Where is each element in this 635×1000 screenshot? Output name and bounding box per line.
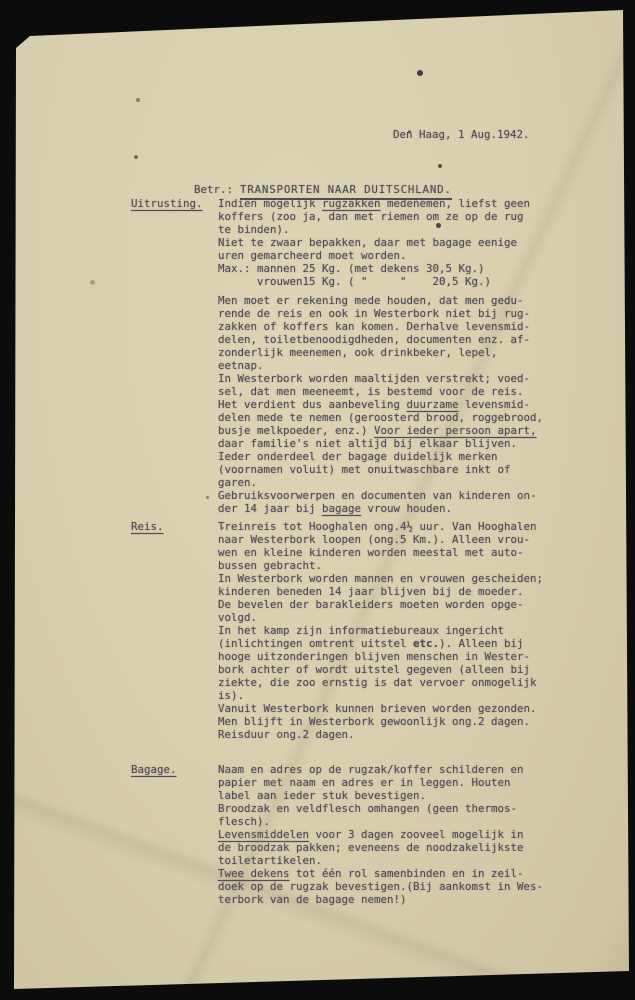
text-line: papier met naam en adres er in leggen. H… bbox=[218, 776, 578, 789]
text-segment: delen, toiletbenoodigdheden, documenten … bbox=[218, 333, 530, 346]
text-segment: De bevelen der barakleiders moeten worde… bbox=[218, 598, 524, 611]
text-line: delen mede te nemen (geroosterd brood, r… bbox=[218, 411, 578, 424]
paragraph: Indien mogelijk rugzakken medenemen, lie… bbox=[218, 197, 578, 288]
text-segment: Niet te zwaar bepakken, daar met bagage … bbox=[218, 236, 517, 249]
section-label: Uitrusting. bbox=[131, 197, 203, 210]
underlined-text: bagage bbox=[322, 502, 361, 515]
paragraph: Treinreis tot Hooghalen ong.4½ uur. Van … bbox=[218, 520, 578, 741]
ink-speck bbox=[222, 527, 224, 529]
section-body: Indien mogelijk rugzakken medenemen, lie… bbox=[218, 197, 578, 515]
text-line: Indien mogelijk rugzakken medenemen, lie… bbox=[218, 197, 578, 210]
text-line: Ieder onderdeel der bagage duidelijk mer… bbox=[218, 450, 578, 463]
text-segment: zakken of koffers kan komen. Derhalve le… bbox=[218, 320, 530, 333]
text-segment: uren gemarcheerd moet worden. bbox=[218, 249, 407, 262]
text-line: delen, toiletbenoodigdheden, documenten … bbox=[218, 333, 578, 346]
text-line: terbork van de bagage nemen!) bbox=[218, 893, 578, 906]
text-line: Naam en adres op de rugzak/koffer schild… bbox=[218, 763, 578, 776]
text-segment: medenemen, liefst geen bbox=[381, 197, 531, 210]
text-line: zakken of koffers kan komen. Derhalve le… bbox=[218, 320, 578, 333]
date-line: Den Haag, 1 Aug.1942. bbox=[393, 128, 530, 141]
text-line: naar Westerbork loopen (ong.5 Km.). Alle… bbox=[218, 533, 578, 546]
text-line: garen. bbox=[218, 476, 578, 489]
ink-speck bbox=[438, 164, 442, 168]
text-line: sel, dat men meeneemt, is bestemd voor d… bbox=[218, 385, 578, 398]
text-segment: kinderen beneden 14 jaar blijven bij de … bbox=[218, 585, 524, 598]
text-segment: de broodzak pakken; eveneens de noodzake… bbox=[218, 841, 524, 854]
photo-background: Den Haag, 1 Aug.1942. Betr.:TRANSPORTEN … bbox=[0, 0, 635, 1000]
text-line: Treinreis tot Hooghalen ong.4½ uur. Van … bbox=[218, 520, 578, 533]
text-line: flesch). bbox=[218, 815, 578, 828]
text-segment: Ieder onderdeel der bagage duidelijk mer… bbox=[218, 450, 498, 463]
text-segment: Men moet er rekening mede houden, dat me… bbox=[218, 294, 524, 307]
text-line: busje melkpoeder, enz.) Voor ieder perso… bbox=[218, 424, 578, 437]
text-segment: doek op de rugzak bevestigen.(Bij aankom… bbox=[218, 880, 543, 893]
text-segment: (voornamen voluit) met onuitwaschbare in… bbox=[218, 463, 511, 476]
text-segment: toiletartikelen. bbox=[218, 854, 322, 867]
text-segment: Treinreis tot Hooghalen ong.4½ uur. Van … bbox=[218, 520, 537, 533]
text-segment: sel, dat men meeneemt, is bestemd voor d… bbox=[218, 385, 524, 398]
bold-text: etc. bbox=[413, 637, 439, 650]
text-segment: tot één rol samenbinden en in zeil- bbox=[290, 867, 524, 880]
text-line: bussen gebracht. bbox=[218, 559, 578, 572]
text-line: Het verdient dus aanbeveling duurzame le… bbox=[218, 398, 578, 411]
text-segment: te binden). bbox=[218, 223, 290, 236]
text-line: In Westerbork worden maaltijden verstrek… bbox=[218, 372, 578, 385]
text-segment: volgd. bbox=[218, 611, 257, 624]
text-line: Levensmiddelen voor 3 dagen zooveel moge… bbox=[218, 828, 578, 841]
text-line: Niet te zwaar bepakken, daar met bagage … bbox=[218, 236, 578, 249]
text-line: der 14 jaar bij bagage vrouw houden. bbox=[218, 502, 578, 515]
text-line: In het kamp zijn informatiebureaux inger… bbox=[218, 624, 578, 637]
text-segment: Men blijft in Westerbork gewoonlijk ong.… bbox=[218, 715, 530, 728]
text-segment: wen en kleine kinderen worden meestal me… bbox=[218, 546, 524, 559]
text-segment: flesch). bbox=[218, 815, 270, 828]
text-segment: busje melkpoeder, enz.) bbox=[218, 424, 374, 437]
text-line: zonderlijk meenemen, ook drinkbeker, lep… bbox=[218, 346, 578, 359]
text-line: Broodzak en veldflesch omhangen (geen th… bbox=[218, 802, 578, 815]
ink-speck bbox=[206, 496, 209, 499]
text-line: bork achter of wordt uitstel gegeven (al… bbox=[218, 663, 578, 676]
text-line: hooge uitzonderingen blijven menschen in… bbox=[218, 650, 578, 663]
text-segment: levensmid- bbox=[459, 398, 531, 411]
text-segment: In Westerbork worden maaltijden verstrek… bbox=[218, 372, 530, 385]
text-segment: Vanuit Westerbork kunnen brieven worden … bbox=[218, 702, 537, 715]
text-segment: Max.: mannen 25 Kg. (met dekens 30,5 Kg.… bbox=[218, 262, 485, 275]
ink-speck bbox=[417, 70, 423, 76]
ink-speck bbox=[136, 98, 140, 102]
text-line: doek op de rugzak bevestigen.(Bij aankom… bbox=[218, 880, 578, 893]
text-line: Max.: mannen 25 Kg. (met dekens 30,5 Kg.… bbox=[218, 262, 578, 275]
text-segment: rende de reis en ook in Westerbork niet … bbox=[218, 307, 530, 320]
text-line: toiletartikelen. bbox=[218, 854, 578, 867]
text-line: rende de reis en ook in Westerbork niet … bbox=[218, 307, 578, 320]
paragraph: Men moet er rekening mede houden, dat me… bbox=[218, 294, 578, 515]
text-segment: is). bbox=[218, 689, 244, 702]
text-segment: In Westerbork worden mannen en vrouwen g… bbox=[218, 572, 543, 585]
paragraph: Naam en adres op de rugzak/koffer schild… bbox=[218, 763, 578, 906]
text-line: volgd. bbox=[218, 611, 578, 624]
text-line: De bevelen der barakleiders moeten worde… bbox=[218, 598, 578, 611]
text-segment: naar Westerbork loopen (ong.5 Km.). Alle… bbox=[218, 533, 530, 546]
text-line: kinderen beneden 14 jaar blijven bij de … bbox=[218, 585, 578, 598]
underlined-text: Levensmiddelen bbox=[218, 828, 309, 841]
text-line: uren gemarcheerd moet worden. bbox=[218, 249, 578, 262]
text-segment: Reisduur ong.2 dagen. bbox=[218, 728, 355, 741]
text-line: daar familie's niet altijd bij elkaar bl… bbox=[218, 437, 578, 450]
text-segment: voor 3 dagen zooveel mogelijk in bbox=[309, 828, 524, 841]
text-segment: bussen gebracht. bbox=[218, 559, 322, 572]
text-line: In Westerbork worden mannen en vrouwen g… bbox=[218, 572, 578, 585]
text-line: Gebruiksvoorwerpen en documenten van kin… bbox=[218, 489, 578, 502]
section-label: Bagage. bbox=[131, 763, 177, 776]
text-segment: koffers (zoo ja, dan met riemen om ze op… bbox=[218, 210, 524, 223]
document-content: Den Haag, 1 Aug.1942. Betr.:TRANSPORTEN … bbox=[0, 0, 635, 1000]
text-line: vrouwen15 Kg. ( " " 20,5 Kg.) bbox=[218, 275, 578, 288]
text-line: eetnap. bbox=[218, 359, 578, 372]
text-line: (inlichtingen omtrent uitstel etc.). All… bbox=[218, 637, 578, 650]
ink-speck bbox=[436, 223, 441, 228]
text-segment: label aan ieder stuk bevestigen. bbox=[218, 789, 426, 802]
text-segment: Indien mogelijk bbox=[218, 197, 322, 210]
text-segment: Het verdient dus aanbeveling bbox=[218, 398, 407, 411]
text-segment: vrouw houden. bbox=[361, 502, 452, 515]
underlined-text: rugzakken bbox=[322, 197, 381, 210]
text-line: ziekte, die zoo ernstig is dat vervoer o… bbox=[218, 676, 578, 689]
underlined-text: Twee dekens bbox=[218, 867, 290, 880]
ink-speck bbox=[90, 280, 95, 285]
text-line: Reisduur ong.2 dagen. bbox=[218, 728, 578, 741]
text-line: Men moet er rekening mede houden, dat me… bbox=[218, 294, 578, 307]
text-segment: vrouwen15 Kg. ( " " 20,5 Kg.) bbox=[218, 275, 491, 288]
text-line: te binden). bbox=[218, 223, 578, 236]
text-line: label aan ieder stuk bevestigen. bbox=[218, 789, 578, 802]
text-segment: garen. bbox=[218, 476, 257, 489]
text-segment: hooge uitzonderingen blijven menschen in… bbox=[218, 650, 530, 663]
text-line: wen en kleine kinderen worden meestal me… bbox=[218, 546, 578, 559]
underlined-text: duurzame bbox=[407, 398, 459, 411]
text-segment: ). Alleen bij bbox=[439, 637, 524, 650]
text-line: de broodzak pakken; eveneens de noodzake… bbox=[218, 841, 578, 854]
section-body: Naam en adres op de rugzak/koffer schild… bbox=[218, 763, 578, 906]
text-line: is). bbox=[218, 689, 578, 702]
section-label: Reis. bbox=[131, 520, 164, 533]
subject-prefix: Betr.: bbox=[194, 183, 233, 196]
section-body: Treinreis tot Hooghalen ong.4½ uur. Van … bbox=[218, 520, 578, 741]
text-segment: Broodzak en veldflesch omhangen (geen th… bbox=[218, 802, 517, 815]
text-segment: papier met naam en adres er in leggen. H… bbox=[218, 776, 511, 789]
text-segment: terbork van de bagage nemen!) bbox=[218, 893, 407, 906]
text-segment: delen mede te nemen (geroosterd brood, r… bbox=[218, 411, 543, 424]
text-segment: bork achter of wordt uitstel gegeven (al… bbox=[218, 663, 530, 676]
text-segment: eetnap. bbox=[218, 359, 264, 372]
text-segment: daar familie's niet altijd bij elkaar bl… bbox=[218, 437, 517, 450]
text-line: Twee dekens tot één rol samenbinden en i… bbox=[218, 867, 578, 880]
text-line: koffers (zoo ja, dan met riemen om ze op… bbox=[218, 210, 578, 223]
text-segment: In het kamp zijn informatiebureaux inger… bbox=[218, 624, 504, 637]
text-segment: zonderlijk meenemen, ook drinkbeker, lep… bbox=[218, 346, 498, 359]
text-segment: der 14 jaar bij bbox=[218, 502, 322, 515]
ink-speck bbox=[408, 130, 411, 133]
text-segment: Gebruiksvoorwerpen en documenten van kin… bbox=[218, 489, 537, 502]
text-segment: ziekte, die zoo ernstig is dat vervoer o… bbox=[218, 676, 537, 689]
ink-speck bbox=[134, 155, 138, 159]
text-line: Vanuit Westerbork kunnen brieven worden … bbox=[218, 702, 578, 715]
text-line: Men blijft in Westerbork gewoonlijk ong.… bbox=[218, 715, 578, 728]
text-segment: (inlichtingen omtrent uitstel bbox=[218, 637, 413, 650]
underlined-text: Voor ieder persoon apart, bbox=[374, 424, 537, 437]
text-line: (voornamen voluit) met onuitwaschbare in… bbox=[218, 463, 578, 476]
text-segment: Naam en adres op de rugzak/koffer schild… bbox=[218, 763, 524, 776]
